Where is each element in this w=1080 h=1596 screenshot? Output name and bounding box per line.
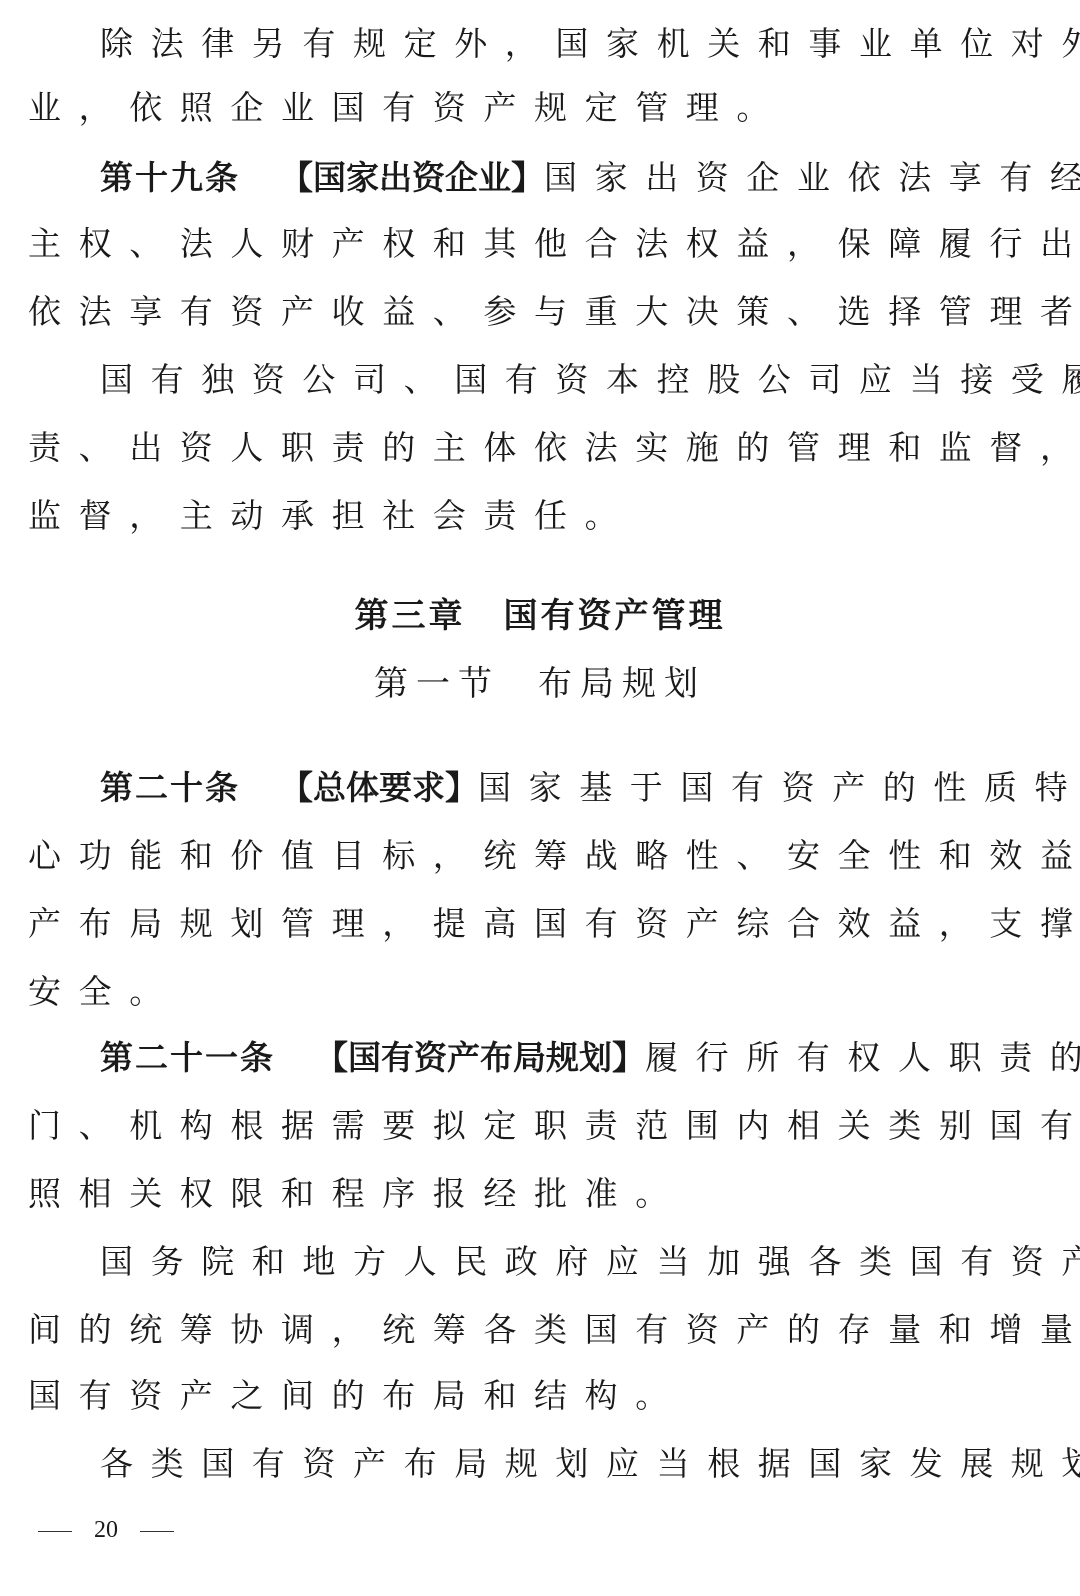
text-line: 主权、法人财产权和其他合法权益，保障履行出资人职责的主体 <box>28 222 1036 266</box>
chapter-heading: 第三章国有资产管理 <box>0 594 1080 638</box>
article-number: 第十九条 <box>100 158 240 197</box>
text-line: 门、机构根据需要拟定职责范围内相关类别国有资产的规划，按 <box>28 1104 1036 1148</box>
article-19-first-line: 第十九条【国家出资企业】国家出资企业依法享有经营自 <box>100 156 1036 200</box>
section-heading: 第一节布局规划 <box>0 662 1080 706</box>
section-title: 布局规划 <box>538 664 706 704</box>
article-title: 【国家出资企业】 <box>280 158 544 197</box>
text-line: 国务院和地方人民政府应当加强各类国有资产的布局规划之 <box>100 1240 1036 1284</box>
text-line: 安全。 <box>28 970 1036 1014</box>
text-line: 心功能和价值目标，统筹战略性、安全性和效益性，加强国有资 <box>28 834 1036 878</box>
text-line: 国有资产之间的布局和结构。 <box>28 1374 1036 1418</box>
article-title: 【国有资产布局规划】 <box>315 1038 645 1077</box>
article-21-first-line: 第二十一条【国有资产布局规划】履行所有权人职责的部 <box>100 1036 1036 1080</box>
article-number: 第二十一条 <box>100 1038 275 1077</box>
text-line: 各类国有资产布局规划应当根据国家发展规划，以国土空间 <box>100 1442 1036 1486</box>
article-text: 国家出资企业依法享有经营自 <box>544 158 1080 197</box>
article-title: 【总体要求】 <box>280 768 478 807</box>
dash-right <box>140 1531 174 1532</box>
dash-left <box>38 1531 72 1532</box>
text-line: 产布局规划管理，提高国有资产综合效益，支撑服务国家战略和 <box>28 902 1036 946</box>
document-page: 除法律另有规定外，国家机关和事业单位对外投资形成的企 业，依照企业国有资产规定管… <box>0 0 1080 1596</box>
section-number: 第一节 <box>374 664 500 704</box>
page-number: 20 <box>38 1510 174 1550</box>
page-number-value: 20 <box>94 1510 118 1550</box>
text-line: 间的统筹协调，统筹各类国有资产的存量和增量、优化不同类别 <box>28 1308 1036 1352</box>
text-line: 监督，主动承担社会责任。 <box>28 494 1036 538</box>
text-line: 业，依照企业国有资产规定管理。 <box>28 86 1036 130</box>
article-text: 履行所有权人职责的部 <box>645 1038 1080 1077</box>
article-text: 国家基于国有资产的性质特点、核 <box>478 768 1080 807</box>
text-line: 责、出资人职责的主体依法实施的管理和监督，接受社会公众的 <box>28 426 1036 470</box>
chapter-title: 国有资产管理 <box>504 596 726 636</box>
article-number: 第二十条 <box>100 768 240 807</box>
text-line: 国有独资公司、国有资本控股公司应当接受履行所有权人职 <box>100 358 1036 402</box>
text-line: 依法享有资产收益、参与重大决策、选择管理者等合法权益。 <box>28 290 1036 334</box>
chapter-number: 第三章 <box>355 596 466 636</box>
text-line: 照相关权限和程序报经批准。 <box>28 1172 1036 1216</box>
article-20-first-line: 第二十条【总体要求】国家基于国有资产的性质特点、核 <box>100 766 1036 810</box>
text-line: 除法律另有规定外，国家机关和事业单位对外投资形成的企 <box>100 22 1036 66</box>
